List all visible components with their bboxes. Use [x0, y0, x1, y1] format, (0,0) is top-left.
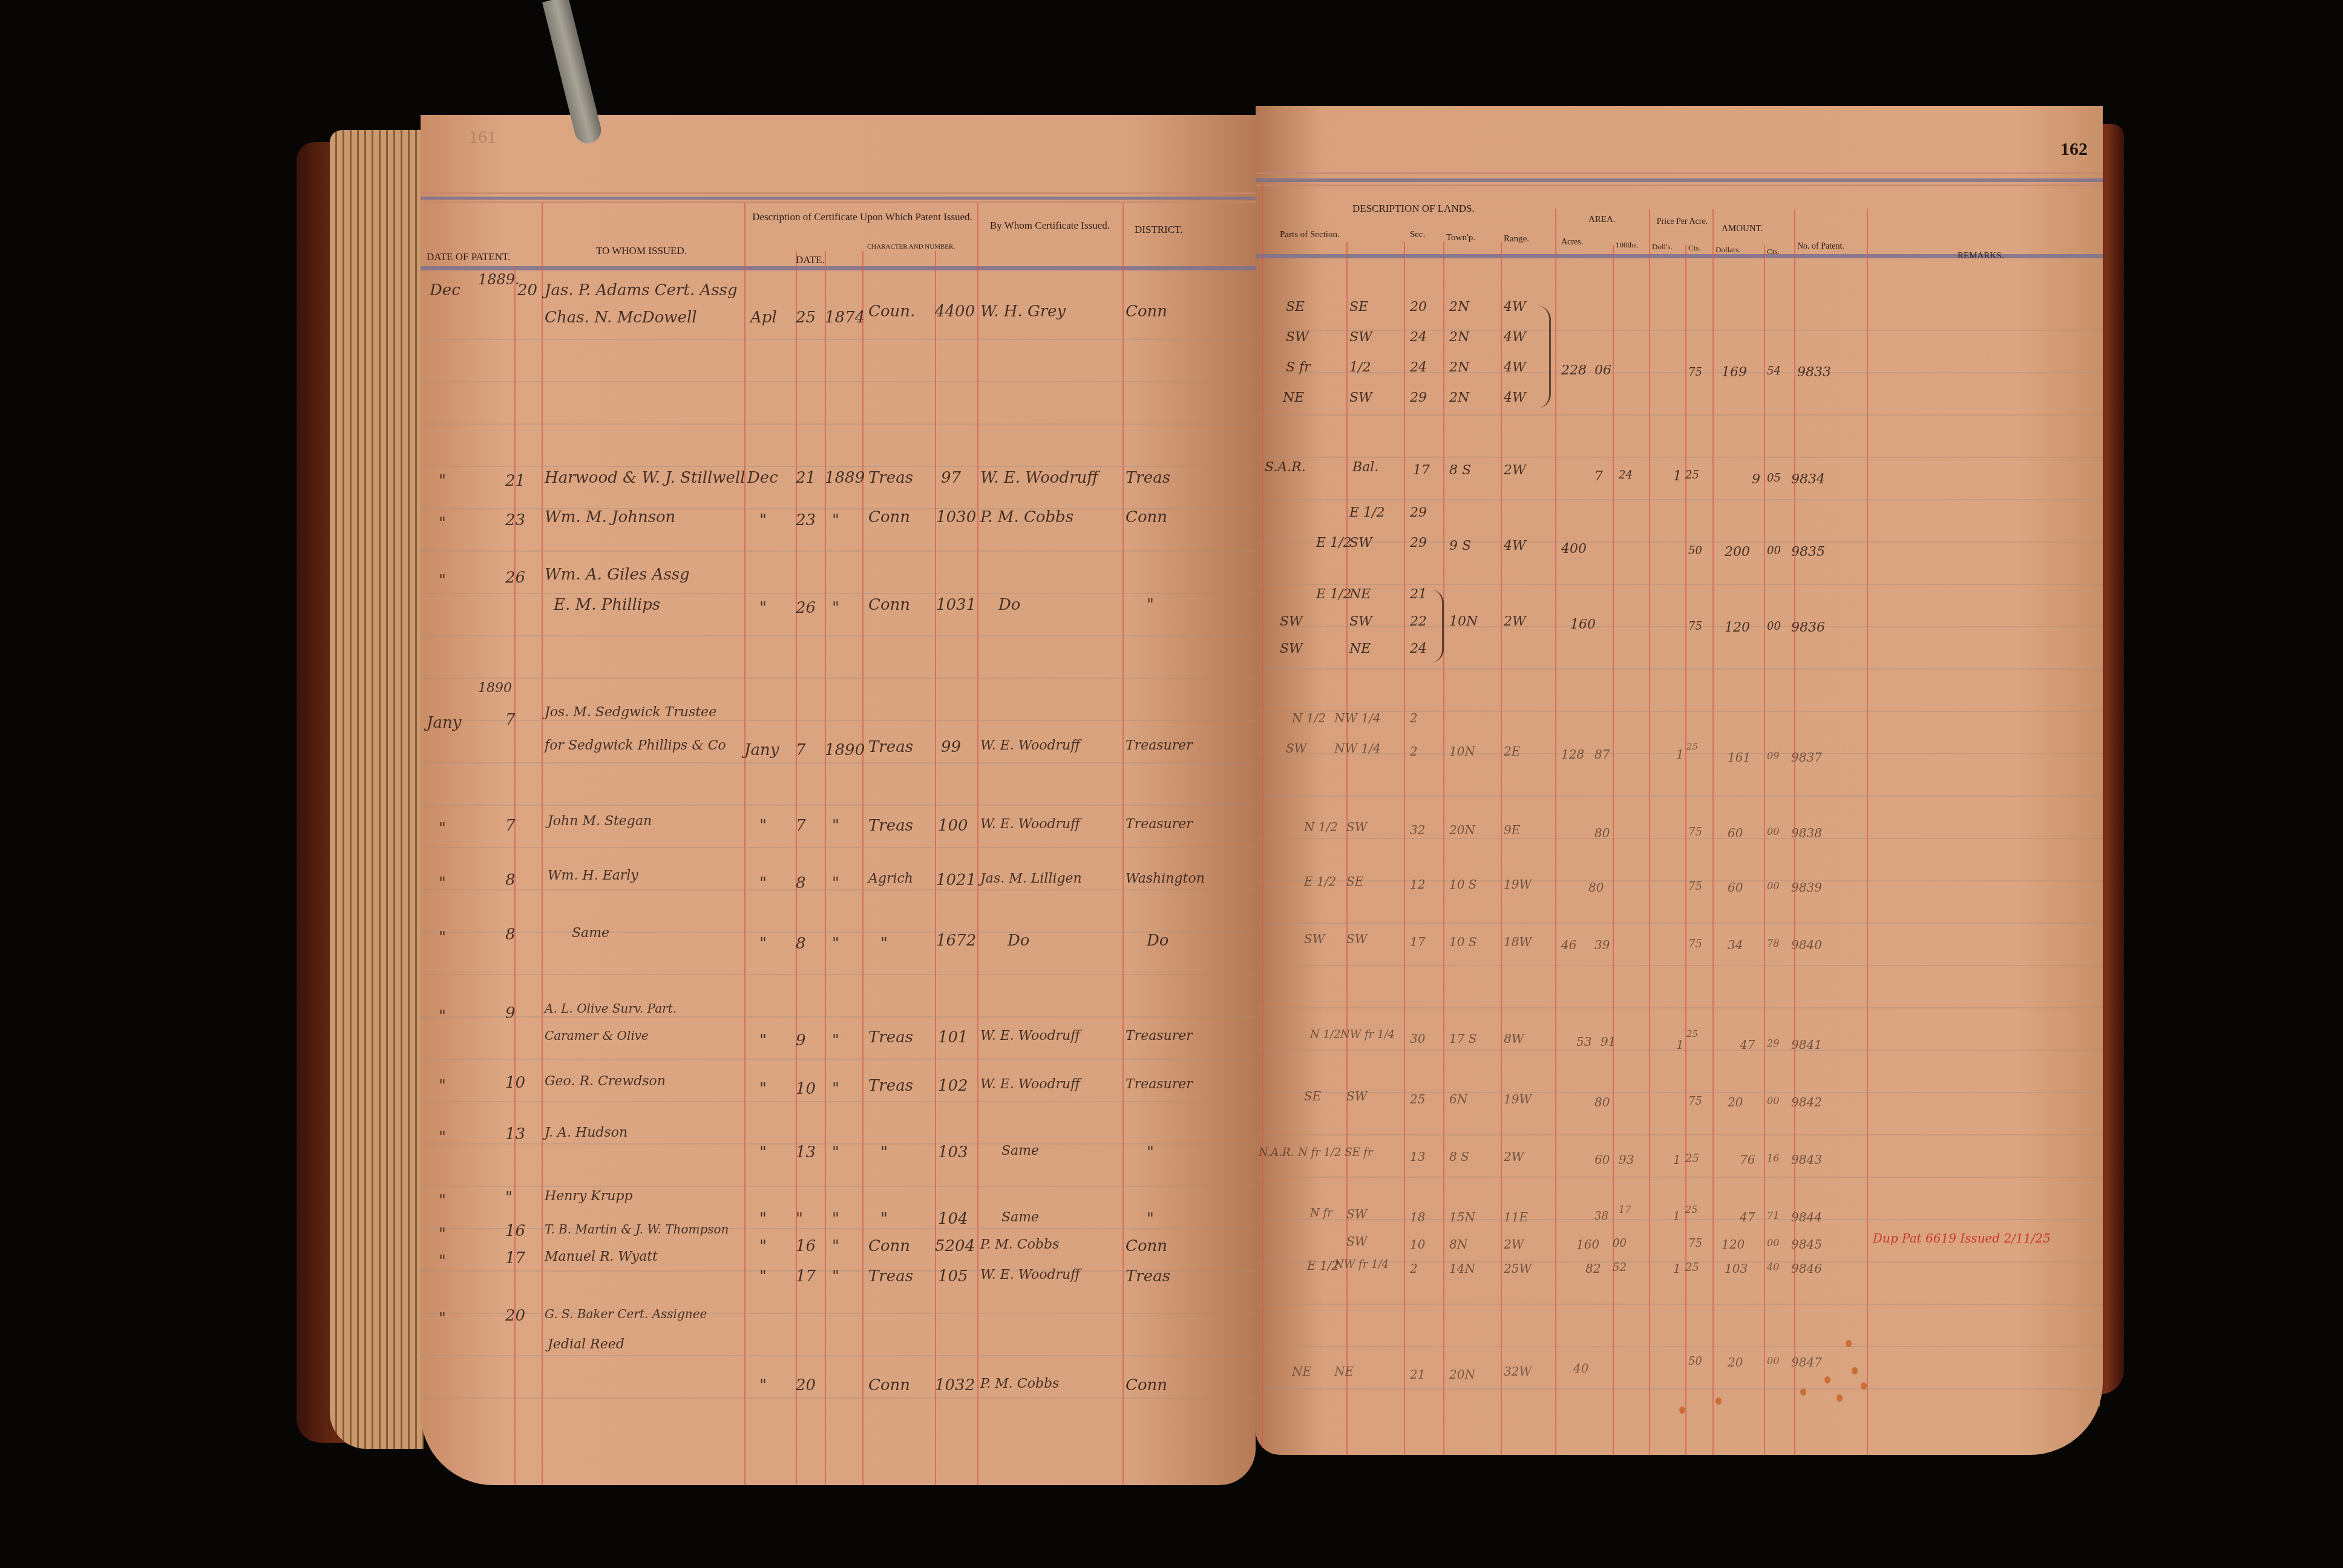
row-rule — [1256, 1007, 2103, 1008]
handwritten-text: 104 — [938, 1210, 968, 1228]
handwritten-text: 8 S — [1449, 1149, 1469, 1164]
handwritten-text: 2W — [1504, 614, 1526, 629]
handwritten-text: N 1/2 — [1310, 1028, 1340, 1041]
header-band — [421, 197, 1256, 200]
handwritten-text: 25 — [1685, 1152, 1699, 1165]
handwritten-text: 9847 — [1791, 1355, 1822, 1370]
handwritten-text: SE — [1346, 874, 1363, 889]
handwritten-text: 75 — [1688, 880, 1702, 893]
handwritten-text: 24 — [1410, 641, 1427, 656]
handwritten-text: 9 — [796, 1031, 806, 1050]
handwritten-text: 82 — [1585, 1261, 1601, 1276]
handwritten-text: 71 — [1767, 1210, 1779, 1221]
handwritten-text: 93 — [1619, 1152, 1634, 1167]
handwritten-text: 05 — [1767, 472, 1781, 485]
handwritten-text: 18W — [1504, 935, 1532, 949]
handwritten-text: " — [832, 874, 839, 892]
header-by-whom: By Whom Certificate Issued. — [986, 218, 1113, 234]
handwritten-text: E. M. Phillips — [554, 596, 660, 614]
ink-stain — [1861, 1382, 1867, 1390]
handwritten-text: Wm. M. Johnson — [545, 508, 675, 526]
handwritten-text: 12 — [1410, 877, 1425, 892]
header-dolls: Doll's. — [1652, 242, 1673, 252]
handwritten-text: Henry Krupp — [545, 1189, 633, 1204]
column-rule — [1501, 242, 1502, 1455]
handwritten-text: N fr — [1310, 1207, 1332, 1220]
header-certificate-description: Description of Certificate Upon Which Pa… — [750, 212, 974, 223]
handwritten-text: Coun. — [868, 302, 915, 321]
header-band — [1256, 178, 2103, 182]
handwritten-text: 101 — [938, 1028, 968, 1047]
handwritten-text: 20 — [796, 1376, 816, 1394]
handwritten-text: 25 — [1686, 741, 1698, 752]
handwritten-text: 2 — [1410, 711, 1418, 725]
header-no-of-patent: No. of Patent. — [1797, 242, 1844, 252]
handwritten-text: 87 — [1594, 747, 1610, 762]
handwritten-text: S fr — [1286, 360, 1311, 375]
handwritten-text: 19W — [1504, 877, 1532, 892]
handwritten-text: 169 — [1722, 365, 1747, 380]
handwritten-text: 26 — [796, 599, 816, 617]
handwritten-text: SW — [1346, 932, 1367, 946]
handwritten-text: 7 — [505, 817, 516, 835]
handwritten-text: Treasurer — [1126, 738, 1193, 753]
remark-duplicate-patent: Dup Pat 6619 Issued 2/11/25 — [1873, 1231, 2051, 1246]
header-band — [421, 266, 1256, 270]
row-rule — [1256, 1134, 2103, 1135]
row-rule — [1256, 330, 2103, 331]
handwritten-text: " — [759, 1080, 767, 1098]
handwritten-text: 120 — [1722, 1237, 1745, 1252]
handwritten-text: 1032 — [935, 1376, 975, 1394]
handwritten-text: " — [832, 1210, 839, 1228]
column-rule — [1867, 209, 1868, 1455]
handwritten-text: " — [759, 1031, 767, 1050]
handwritten-text: 228 — [1561, 363, 1587, 378]
handwritten-text: Dec — [430, 281, 460, 299]
handwritten-text: Jedial Reed — [548, 1337, 624, 1352]
handwritten-text: 1031 — [936, 596, 976, 614]
handwritten-text: 7 — [1594, 469, 1603, 484]
handwritten-text: 20 — [1410, 299, 1427, 315]
handwritten-text: NE — [1334, 1364, 1354, 1379]
handwritten-text: 50 — [1688, 1355, 1702, 1368]
handwritten-text: " — [832, 511, 839, 529]
row-rule — [1256, 414, 2103, 416]
handwritten-text: 9838 — [1791, 826, 1822, 840]
handwritten-text: SE — [1349, 299, 1368, 315]
handwritten-text: 76 — [1740, 1152, 1755, 1167]
handwritten-text: 17 — [1410, 935, 1425, 949]
handwritten-text: W. E. Woodruff — [980, 738, 1080, 753]
handwritten-text: " — [439, 820, 446, 838]
handwritten-text: 4400 — [935, 302, 975, 321]
handwritten-text: " — [832, 599, 839, 617]
handwritten-text: NW 1/4 — [1334, 741, 1381, 756]
handwritten-text: " — [832, 1267, 839, 1285]
header-band — [1256, 185, 2103, 186]
column-rule — [1712, 209, 1714, 1455]
row-rule — [421, 423, 1256, 425]
handwritten-text: 7 — [505, 711, 516, 729]
handwritten-text: Jas. M. Lilligen — [980, 871, 1082, 886]
handwritten-text: S.A.R. — [1265, 460, 1306, 475]
handwritten-text: 4W — [1504, 330, 1526, 345]
handwritten-text: W. E. Woodruff — [980, 1028, 1080, 1044]
handwritten-text: SW — [1286, 330, 1309, 345]
header-township: Town'p. — [1446, 233, 1475, 243]
handwritten-text: 1 — [1673, 1261, 1681, 1276]
handwritten-text: 00 — [1767, 620, 1781, 633]
header-parts-of-section: Parts of Section. — [1280, 230, 1340, 240]
ink-stain — [1846, 1340, 1852, 1347]
handwritten-text: 29 — [1767, 1037, 1779, 1049]
handwritten-text: 1/2 — [1349, 360, 1371, 375]
handwritten-text: " — [439, 472, 446, 490]
handwritten-text: 103 — [938, 1143, 968, 1161]
handwritten-text: 1874 — [825, 309, 865, 327]
handwritten-text: " — [1147, 1143, 1154, 1161]
header-date-of-patent: DATE OF PATENT. — [427, 251, 510, 263]
header-band — [421, 192, 1256, 194]
handwritten-text: 105 — [938, 1267, 968, 1285]
row-rule — [1256, 1092, 2103, 1093]
handwritten-text: SW — [1349, 390, 1372, 405]
handwritten-text: " — [759, 599, 767, 617]
handwritten-text: E 1/2 — [1316, 587, 1351, 602]
row-rule — [1256, 1304, 2103, 1305]
handwritten-text: 8 — [505, 926, 516, 944]
handwritten-text: Treasurer — [1126, 817, 1193, 832]
handwritten-text: 19W — [1504, 1092, 1532, 1106]
header-area: AREA. — [1588, 215, 1616, 225]
row-rule — [421, 550, 1256, 552]
handwritten-text: Harwood & W. J. Stillwell — [545, 469, 745, 487]
row-rule — [421, 1355, 1256, 1356]
handwritten-text: 10 — [796, 1080, 816, 1098]
handwritten-text: " — [880, 1210, 888, 1228]
handwritten-text: " — [439, 1225, 446, 1243]
handwritten-text: 46 — [1561, 938, 1576, 952]
handwritten-text: Treas — [868, 1267, 913, 1285]
row-rule — [1256, 541, 2103, 543]
handwritten-text: 128 — [1561, 747, 1584, 762]
row-rule — [421, 805, 1256, 806]
handwritten-text: 9E — [1504, 823, 1520, 837]
handwritten-text: Treas — [868, 469, 913, 487]
handwritten-text: 23 — [505, 511, 525, 529]
handwritten-text: Chas. N. McDowell — [545, 309, 697, 327]
handwritten-text: Wm. H. Early — [548, 868, 638, 883]
handwritten-text: T. B. Martin & J. W. Thompson — [545, 1222, 729, 1236]
handwritten-text: " — [759, 817, 767, 835]
handwritten-text: 8 — [796, 874, 806, 892]
handwritten-text: for Sedgwick Phillips & Co — [545, 738, 726, 753]
handwritten-text: Conn — [868, 508, 910, 526]
handwritten-text: Conn — [868, 1376, 910, 1394]
handwritten-text: 7 — [796, 817, 806, 835]
header-range: Range. — [1504, 234, 1529, 244]
header-character-number: CHARACTER AND NUMBER. — [867, 243, 955, 250]
handwritten-text: Dec — [747, 469, 778, 487]
column-rule — [1764, 245, 1765, 1455]
handwritten-text: 47 — [1740, 1037, 1755, 1052]
header-acres: Acres. — [1561, 238, 1583, 247]
handwritten-text: " — [439, 929, 446, 947]
handwritten-text: 40 — [1573, 1361, 1588, 1376]
row-rule — [1256, 457, 2103, 458]
handwritten-text: Washington — [1126, 871, 1205, 886]
handwritten-text: W. E. Woodruff — [980, 469, 1098, 487]
column-rule — [862, 251, 863, 1485]
handwritten-text: Bal. — [1352, 460, 1378, 475]
handwritten-text: Treas — [868, 1028, 913, 1047]
handwritten-text: 22 — [1410, 614, 1427, 629]
handwritten-text: 13 — [796, 1143, 816, 1161]
handwritten-text: 9846 — [1791, 1261, 1822, 1276]
handwritten-text: W. H. Grey — [980, 302, 1066, 321]
handwritten-text: 10 — [1410, 1237, 1425, 1252]
handwritten-text: 20 — [1728, 1355, 1743, 1370]
handwritten-text: Same — [572, 926, 609, 941]
handwritten-text: 26 — [505, 569, 525, 587]
handwritten-text: 9837 — [1791, 750, 1822, 765]
handwritten-text: 75 — [1688, 826, 1702, 838]
handwritten-text: Treasurer — [1126, 1028, 1193, 1044]
header-price-per-acre: Price Per Acre. — [1655, 218, 1709, 226]
handwritten-text: Treasurer — [1126, 1077, 1193, 1092]
handwritten-text: 52 — [1613, 1261, 1627, 1274]
row-rule — [1256, 372, 2103, 373]
handwritten-text: 75 — [1688, 938, 1702, 950]
handwritten-text: 16 — [796, 1237, 816, 1255]
header-cts: Cts. — [1688, 243, 1701, 253]
handwritten-text: Jany — [744, 741, 779, 759]
handwritten-text: 9843 — [1791, 1152, 1822, 1167]
handwritten-text: " — [1147, 1210, 1154, 1228]
handwritten-text: E 1/2 — [1349, 505, 1384, 520]
handwritten-text: 00 — [1613, 1237, 1627, 1250]
handwritten-text: 21 — [505, 472, 525, 490]
row-rule — [421, 1397, 1256, 1399]
row-rule — [421, 1059, 1256, 1060]
handwritten-text: 4W — [1504, 390, 1526, 405]
handwritten-text: " — [439, 1252, 446, 1270]
handwritten-text: Treas — [1126, 1267, 1170, 1285]
handwritten-text: 30 — [1410, 1031, 1425, 1046]
handwritten-text: 1 — [1676, 1037, 1684, 1052]
handwritten-text: 20N — [1449, 1367, 1475, 1382]
handwritten-text: 24 — [1410, 360, 1427, 375]
handwritten-text: " — [880, 1143, 888, 1161]
handwritten-text: 40 — [1767, 1261, 1779, 1273]
handwritten-text: 53 — [1576, 1034, 1591, 1049]
ink-stain — [1800, 1388, 1806, 1396]
handwritten-text: 17 — [1619, 1204, 1631, 1215]
handwritten-text: 1889 — [825, 469, 865, 487]
column-rule — [1262, 185, 1263, 1455]
handwritten-text: 06 — [1594, 363, 1611, 378]
handwritten-text: 25 — [1685, 1261, 1699, 1274]
left-page-number: 161 — [469, 127, 496, 148]
handwritten-text: 120 — [1725, 620, 1750, 635]
header-hundredths: 100ths. — [1616, 240, 1639, 250]
column-rule — [1443, 242, 1444, 1455]
open-ledger-book: 161 DATE OF PATENT. 1889. TO WHOM ISSUED… — [297, 118, 2124, 1509]
handwritten-text: " — [1147, 596, 1154, 614]
handwritten-text: 25 — [1686, 1028, 1698, 1039]
handwritten-text: 2W — [1504, 463, 1526, 478]
handwritten-text: SW — [1346, 1089, 1367, 1103]
handwritten-text: 9840 — [1791, 938, 1822, 952]
row-rule — [421, 466, 1256, 467]
handwritten-text: 97 — [941, 469, 961, 487]
handwritten-text: " — [759, 1210, 767, 1228]
handwritten-text: 20 — [517, 281, 537, 299]
handwritten-text: A. L. Olive Surv. Part. — [545, 1001, 677, 1016]
bracket-mark — [1537, 305, 1551, 408]
handwritten-text: 1030 — [936, 508, 976, 526]
column-rule — [1346, 242, 1348, 1455]
handwritten-text: Conn — [868, 596, 910, 614]
handwritten-text: " — [759, 1143, 767, 1161]
handwritten-text: SW — [1280, 614, 1303, 629]
handwritten-text: 60 — [1728, 880, 1743, 895]
handwritten-text: Do — [1008, 932, 1030, 950]
handwritten-text: Apl — [750, 309, 777, 327]
row-rule — [1256, 795, 2103, 797]
ink-stain — [1824, 1376, 1830, 1383]
row-rule — [421, 1016, 1256, 1018]
handwritten-text: " — [439, 1128, 446, 1146]
handwritten-text: 75 — [1688, 366, 1702, 379]
handwritten-text: 2N — [1449, 299, 1469, 315]
handwritten-text: W. E. Woodruff — [980, 1267, 1080, 1282]
right-page: 162 DESCRIPTION OF LANDS. Parts of Sect — [1256, 106, 2103, 1455]
handwritten-text: NE — [1283, 390, 1304, 405]
handwritten-text: 78 — [1767, 938, 1779, 949]
handwritten-text: 8 S — [1449, 463, 1471, 478]
handwritten-text: 1 — [1676, 747, 1684, 762]
row-rule — [421, 974, 1256, 975]
column-rule — [796, 251, 797, 1485]
row-rule — [1256, 499, 2103, 500]
row-rule — [421, 932, 1256, 933]
row-rule — [1256, 1388, 2103, 1390]
handwritten-text: 9845 — [1791, 1237, 1822, 1252]
column-rule — [935, 251, 936, 1485]
handwritten-text: " — [439, 572, 446, 590]
handwritten-text: 16 — [1767, 1152, 1779, 1164]
handwritten-text: 9834 — [1791, 472, 1825, 487]
handwritten-text: 29 — [1410, 535, 1427, 550]
handwritten-text: 39 — [1594, 938, 1610, 952]
handwritten-text: " — [759, 1376, 767, 1394]
handwritten-text: Same — [1001, 1143, 1039, 1158]
column-rule — [1404, 242, 1405, 1455]
header-remarks: REMARKS. — [1958, 251, 2004, 261]
handwritten-text: " — [439, 1310, 446, 1328]
handwritten-text: SE — [1304, 1089, 1321, 1103]
handwritten-text: " — [759, 511, 767, 529]
handwritten-text: 17 S — [1449, 1031, 1477, 1046]
row-rule — [421, 762, 1256, 763]
handwritten-text: 9839 — [1791, 880, 1822, 895]
handwritten-text: " — [439, 1077, 446, 1095]
handwritten-text: 11E — [1504, 1210, 1528, 1224]
handwritten-text: 400 — [1561, 541, 1587, 557]
handwritten-text: 103 — [1725, 1261, 1748, 1276]
handwritten-text: NW 1/4 — [1334, 711, 1381, 725]
handwritten-text: 00 — [1767, 1095, 1779, 1106]
handwritten-text: 14N — [1449, 1261, 1475, 1276]
handwritten-text: 9 S — [1449, 538, 1471, 554]
handwritten-text: 10 — [505, 1074, 525, 1092]
row-rule — [421, 1186, 1256, 1187]
handwritten-text: Conn — [1126, 508, 1167, 526]
handwritten-text: Conn — [1126, 1237, 1167, 1255]
handwritten-text: 1 — [1673, 1210, 1680, 1223]
handwritten-text: 8N — [1449, 1237, 1467, 1252]
handwritten-text: 60 — [1728, 826, 1743, 840]
header-band — [1256, 172, 2103, 174]
handwritten-text: 6N — [1449, 1092, 1467, 1106]
row-rule — [421, 720, 1256, 721]
handwritten-text: SW — [1286, 741, 1306, 756]
handwritten-text: 160 — [1576, 1237, 1599, 1252]
handwritten-text: 75 — [1688, 620, 1702, 633]
handwritten-text: 17 — [505, 1249, 525, 1267]
handwritten-text: 25W — [1504, 1261, 1532, 1276]
handwritten-text: 80 — [1594, 826, 1610, 840]
handwritten-text: 47 — [1740, 1210, 1755, 1224]
handwritten-text: " — [832, 1143, 839, 1161]
handwritten-text: 15N — [1449, 1210, 1475, 1224]
page-edges-left — [330, 130, 424, 1449]
handwritten-text: 102 — [938, 1077, 968, 1095]
handwritten-text: 4W — [1504, 360, 1526, 375]
handwritten-text: " — [832, 1080, 839, 1098]
header-sec: Sec. — [1410, 230, 1425, 240]
handwritten-text: 00 — [1767, 1355, 1779, 1367]
row-rule — [1256, 584, 2103, 585]
handwritten-text: Wm. A. Giles Assg — [545, 566, 690, 584]
handwritten-text: P. M. Cobbs — [980, 1237, 1059, 1252]
handwritten-text: 32 — [1410, 823, 1425, 837]
handwritten-text: " — [832, 1237, 839, 1255]
ink-stain — [1837, 1394, 1843, 1402]
row-rule — [1256, 1177, 2103, 1178]
header-description-of-lands: DESCRIPTION OF LANDS. — [1352, 203, 1475, 215]
handwritten-text: 17 — [1413, 463, 1430, 478]
handwritten-text: NW fr 1/4 — [1334, 1258, 1389, 1271]
handwritten-text: 38 — [1594, 1210, 1608, 1223]
handwritten-text: P. M. Cobbs — [980, 1376, 1059, 1391]
handwritten-text: 1021 — [936, 871, 976, 889]
handwritten-text: Agrich — [868, 871, 913, 886]
left-page: 161 DATE OF PATENT. 1889. TO WHOM ISSUED… — [421, 115, 1256, 1485]
row-rule — [421, 381, 1256, 382]
handwritten-text: 75 — [1688, 1237, 1702, 1250]
row-rule — [1256, 965, 2103, 966]
header-band — [421, 201, 1256, 203]
row-rule — [421, 635, 1256, 636]
handwritten-text: 25 — [796, 309, 816, 327]
handwritten-text: " — [759, 1267, 767, 1285]
handwritten-text: Conn — [868, 1237, 910, 1255]
row-rule — [421, 847, 1256, 848]
handwritten-text: 9835 — [1791, 544, 1825, 560]
